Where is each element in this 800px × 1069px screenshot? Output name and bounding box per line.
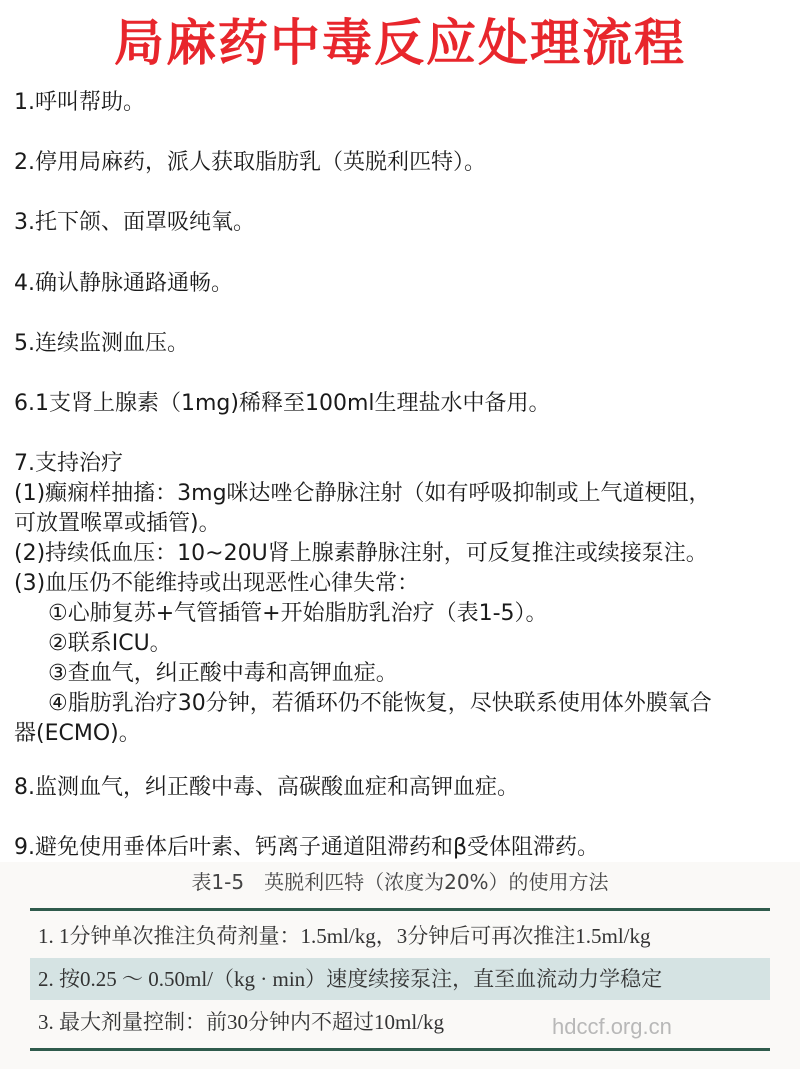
step-7-sub2: (2)持续低血压：10~20U肾上腺素静脉注射，可反复推注或续接泵注。	[14, 537, 708, 571]
watermark: hdccf.org.cn	[552, 1014, 672, 1040]
step-7-sub3-item-2: ②联系ICU。	[48, 627, 172, 661]
page-title: 局麻药中毒反应处理流程	[0, 8, 800, 78]
step-1: 1.呼叫帮助。	[14, 86, 145, 120]
step-7-sub1-line1: (1)癫痫样抽搐：3mg咪达唑仑静脉注射（如有呼吸抑制或上气道梗阻，	[14, 477, 711, 511]
step-5: 5.连续监测血压。	[14, 327, 189, 361]
step-7-sub3-item-4: ④脂肪乳治疗30分钟，若循环仍不能恢复，尽快联系使用体外膜氧合	[48, 687, 712, 721]
step-6: 6.1支肾上腺素（1mg)稀释至100ml生理盐水中备用。	[14, 387, 551, 421]
step-8: 8.监测血气，纠正酸中毒、高碳酸血症和高钾血症。	[14, 771, 519, 805]
step-7-sub1-line2: 可放置喉罩或插管)。	[14, 507, 221, 541]
step-7-sub3-item-3: ③查血气，纠正酸中毒和高钾血症。	[48, 657, 398, 691]
step-7-heading: 7.支持治疗	[14, 447, 123, 481]
step-9: 9.避免使用垂体后叶素、钙离子通道阻滞药和β受体阻滞药。	[14, 831, 599, 865]
dosage-table: 表1-5 英脱利匹特（浓度为20%）的使用方法 1. 1分钟单次推注负荷剂量：1…	[0, 862, 800, 1069]
table-row: 2. 按0.25 ～ 0.50ml/（kg · min）速度续接泵注，直至血流动…	[30, 958, 770, 1000]
step-2: 2.停用局麻药，派人获取脂肪乳（英脱利匹特）。	[14, 146, 486, 180]
step-4: 4.确认静脉通路通畅。	[14, 267, 233, 301]
step-7-sub3-item-4-cont: 器(ECMO)。	[14, 717, 141, 751]
table-row: 1. 1分钟单次推注负荷剂量：1.5ml/kg，3分钟后可再次推注1.5ml/k…	[30, 914, 770, 958]
table-top-rule	[30, 908, 770, 911]
step-7-sub3: (3)血压仍不能维持或出现恶性心律失常：	[14, 567, 419, 601]
table-caption: 表1-5 英脱利匹特（浓度为20%）的使用方法	[0, 866, 800, 898]
step-3: 3.托下颌、面罩吸纯氧。	[14, 206, 255, 240]
table-bottom-rule	[30, 1048, 770, 1051]
step-7-sub3-item-1: ①心肺复苏+气管插管+开始脂肪乳治疗（表1-5）。	[48, 597, 548, 631]
